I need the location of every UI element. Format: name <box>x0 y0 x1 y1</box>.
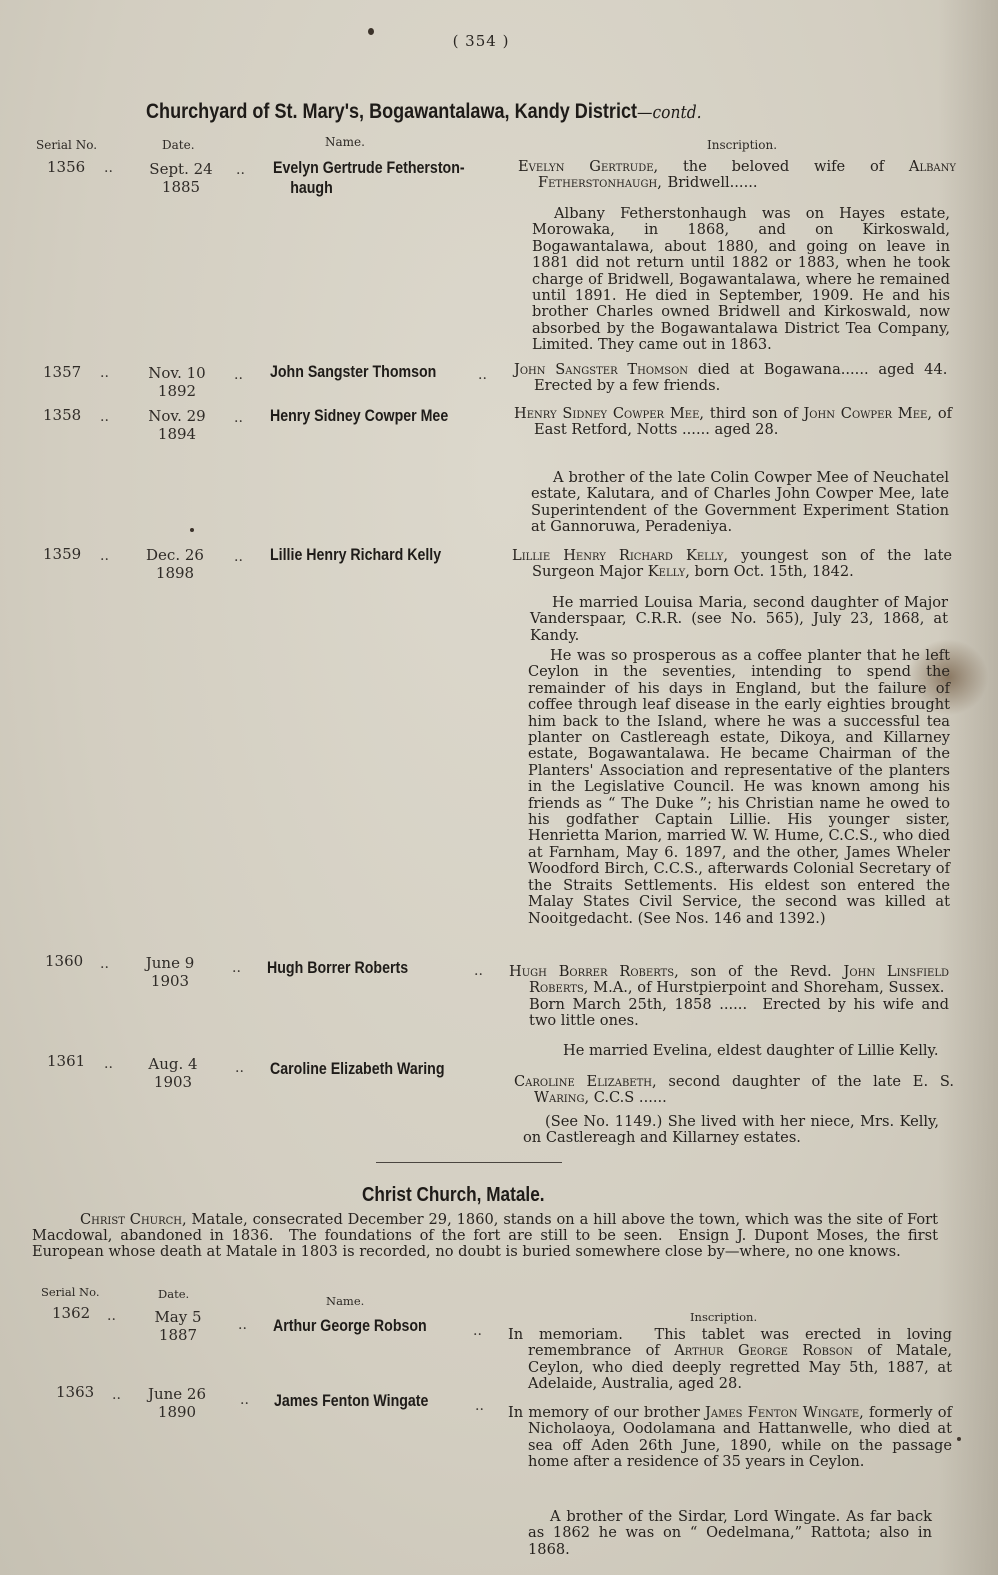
leader-dots: .. <box>235 1060 244 1076</box>
date: Dec. 26 1898 <box>133 546 217 582</box>
date: Aug. 4 1903 <box>131 1055 215 1091</box>
ink-speck <box>190 528 194 532</box>
serial-number: 1363 <box>56 1383 94 1401</box>
leader-dots: .. <box>473 1323 482 1339</box>
serial-number: 1357 <box>43 363 81 381</box>
deceased-name: John Sangster Thomson <box>270 362 436 382</box>
leader-dots: .. <box>238 1317 247 1333</box>
section-intro: Christ Church, Matale, consecrated Decem… <box>32 1212 938 1261</box>
date-day: Dec. 26 <box>133 546 217 564</box>
inscription: In memoriam. This tablet was erected in … <box>508 1327 952 1393</box>
inscription-note: Albany Fetherstonhaugh was on Hayes esta… <box>532 206 950 354</box>
inscription-note: He married Louisa Maria, second daughter… <box>530 595 948 644</box>
name-line: Evelyn Gertrude Fetherston- <box>273 158 465 178</box>
inscription-note: (See No. 1149.) She lived with her niece… <box>523 1114 939 1147</box>
inscription-note: He married Evelina, eldest daughter of L… <box>541 1043 951 1059</box>
deceased-name: James Fenton Wingate <box>274 1391 428 1411</box>
serial-number: 1362 <box>52 1304 90 1322</box>
date-year: 1892 <box>135 382 219 400</box>
leader-dots: .. <box>100 548 109 564</box>
date-year: 1890 <box>135 1403 219 1421</box>
header-name: Name. <box>326 1294 364 1308</box>
date: Sept. 24 1885 <box>139 160 223 196</box>
book-page: ( 354 ) Churchyard of St. Mary's, Bogawa… <box>0 0 998 1575</box>
inscription: Evelyn Gertrude, the beloved wife of Alb… <box>518 159 956 192</box>
leader-dots: .. <box>104 1056 113 1072</box>
date-year: 1903 <box>128 972 212 990</box>
section-title-contd: —contd. <box>637 102 702 123</box>
date-day: May 5 <box>136 1308 220 1326</box>
date: June 26 1890 <box>135 1385 219 1421</box>
inscription: Caroline Elizabeth, second daughter of t… <box>514 1074 954 1107</box>
inscription: Henry Sidney Cowper Mee, third son of Jo… <box>514 406 952 439</box>
date-day: Nov. 10 <box>135 364 219 382</box>
section-title-text: Churchyard of St. Mary's, Bogawantalawa,… <box>146 100 637 123</box>
header-date: Date. <box>158 1287 189 1301</box>
leader-dots: .. <box>234 367 243 383</box>
serial-number: 1360 <box>45 952 83 970</box>
inscription: In memory of our brother James Fenton Wi… <box>508 1405 952 1471</box>
inscription-note: He was so prosperous as a coffee planter… <box>528 648 950 927</box>
deceased-name: Caroline Elizabeth Waring <box>270 1059 445 1079</box>
deceased-name: Hugh Borrer Roberts <box>267 958 408 978</box>
date: May 5 1887 <box>136 1308 220 1344</box>
date-year: 1898 <box>133 564 217 582</box>
serial-number: 1356 <box>47 158 85 176</box>
leader-dots: .. <box>100 409 109 425</box>
leader-dots: .. <box>234 549 243 565</box>
serial-number: 1359 <box>43 545 81 563</box>
leader-dots: .. <box>236 162 245 178</box>
header-date: Date. <box>162 138 195 152</box>
leader-dots: .. <box>478 367 487 383</box>
date: June 9 1903 <box>128 954 212 990</box>
leader-dots: .. <box>234 410 243 426</box>
header-serial: Serial No. <box>41 1285 100 1299</box>
page-number: ( 354 ) <box>0 32 962 50</box>
date: Nov. 10 1892 <box>135 364 219 400</box>
leader-dots: .. <box>100 365 109 381</box>
deceased-name: Arthur George Robson <box>273 1316 427 1336</box>
date-day: Nov. 29 <box>135 407 219 425</box>
section-title: Christ Church, Matale. <box>362 1184 545 1207</box>
date-day: June 9 <box>128 954 212 972</box>
leader-dots: .. <box>475 1398 484 1414</box>
serial-number: 1358 <box>43 406 81 424</box>
ink-speck <box>957 1437 961 1441</box>
date-day: Aug. 4 <box>131 1055 215 1073</box>
header-name: Name. <box>325 135 365 149</box>
date-year: 1885 <box>139 178 223 196</box>
header-inscription: Inscription. <box>690 1310 757 1324</box>
inscription: Lillie Henry Richard Kelly, youngest son… <box>512 548 952 581</box>
date-year: 1887 <box>136 1326 220 1344</box>
leader-dots: .. <box>232 960 241 976</box>
date-year: 1894 <box>135 425 219 443</box>
serial-number: 1361 <box>47 1052 85 1070</box>
date-day: June 26 <box>135 1385 219 1403</box>
header-serial: Serial No. <box>36 138 97 152</box>
date-year: 1903 <box>131 1073 215 1091</box>
inscription: Hugh Borrer Roberts, son of the Revd. Jo… <box>509 964 949 1030</box>
date: Nov. 29 1894 <box>135 407 219 443</box>
inscription-note: A brother of the Sirdar, Lord Wingate. A… <box>528 1509 932 1558</box>
leader-dots: .. <box>112 1387 121 1403</box>
leader-dots: .. <box>104 160 113 176</box>
inscription: John Sangster Thomson died at Bogawana..… <box>514 362 952 395</box>
deceased-name: Lillie Henry Richard Kelly <box>270 545 441 565</box>
section-divider <box>376 1162 562 1163</box>
header-inscription: Inscription. <box>707 138 777 152</box>
deceased-name: Evelyn Gertrude Fetherston- haugh <box>273 158 465 198</box>
leader-dots: .. <box>240 1392 249 1408</box>
date-day: Sept. 24 <box>139 160 223 178</box>
deceased-name: Henry Sidney Cowper Mee <box>270 406 448 426</box>
name-line: haugh <box>273 178 465 198</box>
leader-dots: .. <box>100 956 109 972</box>
leader-dots: .. <box>474 963 483 979</box>
inscription-note: A brother of the late Colin Cowper Mee o… <box>531 470 949 536</box>
leader-dots: .. <box>107 1308 116 1324</box>
section-title: Churchyard of St. Mary's, Bogawantalawa,… <box>146 100 702 124</box>
